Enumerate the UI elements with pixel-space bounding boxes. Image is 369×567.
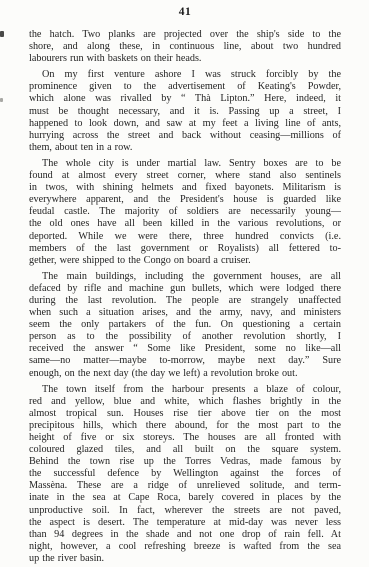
scan-artifact [0, 98, 3, 102]
text-line: prominence given to the advertisement of… [29, 81, 341, 93]
text-line: precipitous hills, which there abound, f… [29, 420, 341, 432]
paragraph: The main buildings, including the govern… [29, 271, 341, 380]
text-line: The main buildings, including the govern… [29, 271, 341, 283]
book-page: 41 the hatch. Two planks are projected o… [0, 0, 369, 567]
text-line: defaced by rifle and machine gun bullets… [29, 283, 341, 295]
text-line: found at almost every street corner, whe… [29, 170, 341, 182]
text-line: the aspect is desert. The temperature at… [29, 517, 341, 529]
text-line: Massèna. These are a ridge of unrelieved… [29, 480, 341, 492]
text-line: shore, and along these, in continuous li… [29, 41, 341, 53]
text-line: same—no matter—maybe to-morrow, maybe ne… [29, 355, 341, 367]
text-line: members of the last government or Royali… [29, 243, 341, 255]
text-line: the old ones have all been killed in the… [29, 218, 341, 230]
text-line: received the answer “ Some like Presiden… [29, 343, 341, 355]
text-line: labourers run with baskets on their head… [29, 53, 341, 65]
text-line: everywhere apparent, and the President's… [29, 194, 341, 206]
text-line: up the river basin. [29, 553, 341, 565]
page-number: 41 [29, 6, 341, 19]
text-line: which alone was rivalled by “ Thà Lipton… [29, 93, 341, 105]
scan-artifact [0, 31, 4, 37]
text-line: almost tropical sun. Houses rise tier ab… [29, 408, 341, 420]
text-line: The town itself from the harbour present… [29, 384, 341, 396]
text-line: seem the only partakers of the fun. On q… [29, 319, 341, 331]
text-line: deported. While we were there, three hun… [29, 231, 341, 243]
text-line: On my first venture ashore I was struck … [29, 69, 341, 81]
text-line: person as to the possibility of another … [29, 331, 341, 343]
text-line: during the last revolution. The people a… [29, 295, 341, 307]
paragraph: On my first venture ashore I was struck … [29, 69, 341, 154]
text-line: unproductive soil. In fact, wherever the… [29, 505, 341, 517]
text-line: must be thought necessary, and it is. Pa… [29, 106, 341, 118]
text-line: feudal castle. The majority of soldiers … [29, 206, 341, 218]
text-line: night, however, a cool refreshing breeze… [29, 541, 341, 553]
text-line: hurrying across the street and back with… [29, 130, 341, 142]
text-line: gether, were shipped to the Congo on boa… [29, 255, 341, 267]
text-line: enough, on the next day (the day we left… [29, 368, 341, 380]
text-line: Behind the town rise up the Torres Vedra… [29, 456, 341, 468]
text-line: when such a situation arises, and the ar… [29, 307, 341, 319]
text-line: coloured glazed tiles, and all built on … [29, 444, 341, 456]
paragraph: the hatch. Two planks are projected over… [29, 29, 341, 65]
text-line: than 94 degrees in the shade and not one… [29, 529, 341, 541]
text-line: height of five or six storeys. The house… [29, 432, 341, 444]
text-line: inate in the sea at Cape Roca, barely co… [29, 492, 341, 504]
text-line: The whole city is under martial law. Sen… [29, 158, 341, 170]
text-line: happened to look down, and saw at my fee… [29, 118, 341, 130]
text-line: the successful defence by Wellington aga… [29, 468, 341, 480]
text-line: them, about ten in a row. [29, 142, 341, 154]
text-block: the hatch. Two planks are projected over… [29, 29, 341, 565]
text-line: the hatch. Two planks are projected over… [29, 29, 341, 41]
text-line: red and yellow, blue and white, which fl… [29, 396, 341, 408]
paragraph: The town itself from the harbour present… [29, 384, 341, 565]
text-line: in twos, with shining helmets and fixed … [29, 182, 341, 194]
paragraph: The whole city is under martial law. Sen… [29, 158, 341, 267]
